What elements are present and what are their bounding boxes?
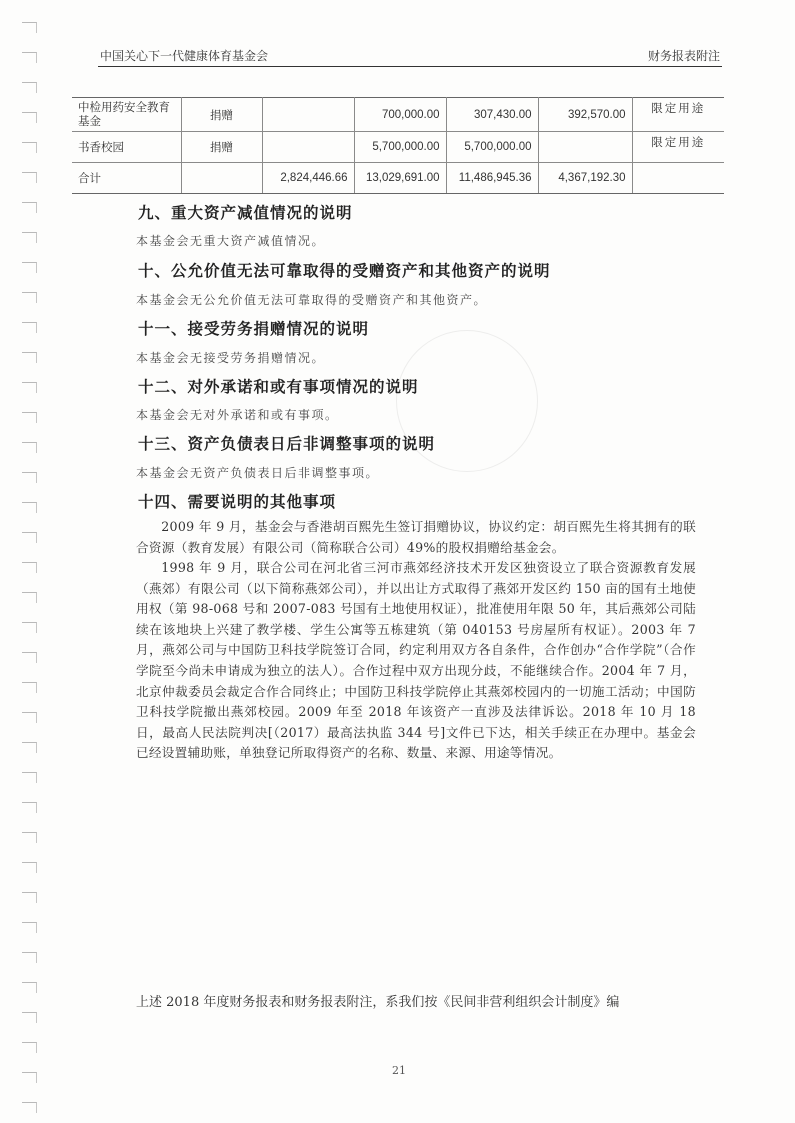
table-row: 中检用药安全教育基金 捐赠 700,000.00 307,430.00 392,… (72, 98, 724, 132)
section-heading-12: 十二、对外承诺和或有事项情况的说明 (138, 375, 419, 397)
section-body-9: 本基金会无重大资产减值情况。 (136, 232, 325, 249)
binding-hole-icon (22, 202, 37, 213)
section-heading-11: 十一、接受劳务捐赠情况的说明 (138, 317, 369, 339)
header-section: 财务报表附注 (648, 47, 720, 64)
binding-hole-icon (22, 682, 37, 693)
binding-hole-icon (22, 352, 37, 363)
section-body-11: 本基金会无接受劳务捐赠情况。 (136, 349, 325, 366)
binding-hole-icon (22, 292, 37, 303)
binding-hole-icon (22, 262, 37, 273)
section-heading-9: 九、重大资产减值情况的说明 (138, 201, 353, 223)
binding-hole-icon (22, 1102, 37, 1113)
closing-balance-cell (538, 132, 632, 163)
binding-hole-icon (22, 1012, 37, 1023)
fund-type-cell: 捐赠 (181, 132, 262, 163)
increase-cell: 5,700,000.00 (354, 132, 446, 163)
section-body-10: 本基金会无公允价值无法可靠取得的受赠资产和其他资产。 (136, 291, 487, 308)
closing-statement: 上述 2018 年度财务报表和财务报表附注，系我们按《民间非营利组织会计制度》编 (136, 991, 716, 1010)
binding-hole-icon (22, 112, 37, 123)
binding-hole-icon (22, 52, 37, 63)
binding-hole-icon (22, 832, 37, 843)
binding-hole-icon (22, 1042, 37, 1053)
page-number: 21 (392, 1064, 406, 1077)
binding-hole-icon (22, 592, 37, 603)
fund-type-cell (181, 163, 262, 194)
binding-hole-icon (22, 742, 37, 753)
binding-hole-icon (22, 862, 37, 873)
binding-hole-icon (22, 772, 37, 783)
binding-hole-icon (22, 922, 37, 933)
binding-hole-icon (22, 22, 37, 33)
binding-hole-icon (22, 382, 37, 393)
restricted-fund-table: 中检用药安全教育基金 捐赠 700,000.00 307,430.00 392,… (72, 97, 724, 194)
binding-hole-icon (22, 952, 37, 963)
binding-hole-icon (22, 562, 37, 573)
other-matters-paragraph-2: 1998 年 9 月，联合公司在河北省三河市燕郊经济技术开发区独资设立了联合资源… (136, 558, 696, 764)
fund-type-cell: 捐赠 (181, 98, 262, 132)
binding-hole-icon (22, 472, 37, 483)
purpose-cell: 限定用途 (632, 98, 724, 132)
closing-balance-cell: 392,570.00 (538, 98, 632, 132)
opening-balance-cell (262, 132, 354, 163)
binding-hole-icon (22, 322, 37, 333)
section-heading-10: 十、公允价值无法可靠取得的受赠资产和其他资产的说明 (138, 259, 551, 281)
binding-hole-icon (22, 232, 37, 243)
binding-hole-icon (22, 442, 37, 453)
decrease-cell: 307,430.00 (446, 98, 538, 132)
total-label-cell: 合计 (72, 163, 181, 194)
binding-hole-icon (22, 652, 37, 663)
table-total-row: 合计 2,824,446.66 13,029,691.00 11,486,945… (72, 163, 724, 194)
binding-hole-icon (22, 1072, 37, 1083)
binding-hole-icon (22, 82, 37, 93)
page-header: 中国关心下一代健康体育基金会 财务报表附注 (98, 45, 722, 67)
purpose-cell: 限定用途 (632, 132, 724, 163)
binding-hole-icon (22, 412, 37, 423)
binding-hole-icon (22, 622, 37, 633)
section-body-12: 本基金会无对外承诺和或有事项。 (136, 406, 339, 423)
closing-balance-total: 4,367,192.30 (538, 163, 632, 194)
increase-cell: 700,000.00 (354, 98, 446, 132)
section-heading-14: 十四、需要说明的其他事项 (138, 490, 336, 512)
fund-name-cell: 中检用药安全教育基金 (72, 98, 181, 132)
binding-hole-icon (22, 172, 37, 183)
table-row: 书香校园 捐赠 5,700,000.00 5,700,000.00 限定用途 (72, 132, 724, 163)
decrease-total: 11,486,945.36 (446, 163, 538, 194)
decrease-cell: 5,700,000.00 (446, 132, 538, 163)
binding-hole-icon (22, 532, 37, 543)
section-body-13: 本基金会无资产负债表日后非调整事项。 (136, 464, 379, 481)
binding-hole-icon (22, 892, 37, 903)
header-organization: 中国关心下一代健康体育基金会 (100, 47, 268, 64)
fund-name-cell: 书香校园 (72, 132, 181, 163)
binding-hole-icon (22, 142, 37, 153)
section-heading-13: 十三、资产负债表日后非调整事项的说明 (138, 432, 435, 454)
other-matters-paragraph-1: 2009 年 9 月，基金会与香港胡百熙先生签订捐赠协议，协议约定：胡百熙先生将… (136, 517, 696, 558)
increase-total: 13,029,691.00 (354, 163, 446, 194)
binding-hole-icon (22, 802, 37, 813)
purpose-cell (632, 163, 724, 194)
binding-margin (18, 20, 42, 1115)
binding-hole-icon (22, 982, 37, 993)
binding-hole-icon (22, 712, 37, 723)
opening-balance-cell (262, 98, 354, 132)
binding-hole-icon (22, 502, 37, 513)
opening-balance-total: 2,824,446.66 (262, 163, 354, 194)
